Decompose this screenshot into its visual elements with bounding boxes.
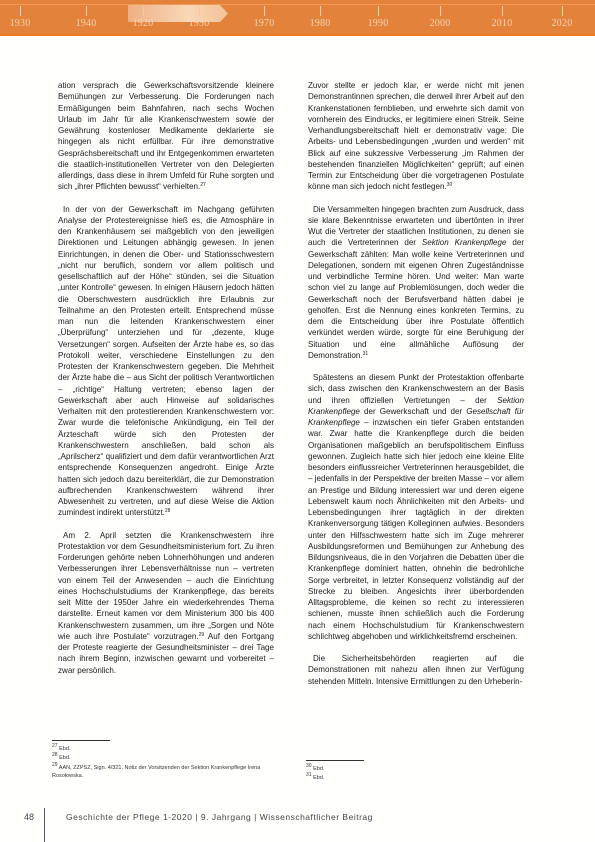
paragraph: Die Sicherheitsbehörden reagierten auf d…: [308, 653, 524, 687]
footer-divider: [44, 808, 45, 842]
timeline-tick: 1940: [66, 6, 106, 30]
footnote-divider: [52, 740, 110, 741]
footnote-ref[interactable]: 31: [363, 351, 369, 357]
journal-title: Geschichte der Pflege 1-2020 | 9. Jahrga…: [66, 812, 373, 822]
page-footer: 48 Geschichte der Pflege 1-2020 | 9. Jah…: [0, 808, 595, 842]
timeline-tick: 2020: [542, 6, 582, 30]
timeline-tick: 1950: [179, 6, 219, 30]
paragraph: ation versprach die Gewerkschaftsvorsitz…: [58, 80, 274, 193]
footnote: 31 Ebd.: [306, 774, 522, 782]
timeline-tick: 1980: [300, 6, 340, 30]
timeline-tick: 2000: [420, 6, 460, 30]
page-number: 48: [24, 812, 34, 822]
timeline-header: 1930 1940 1920 1950 1970 1980 1990 2000 …: [0, 0, 595, 36]
paragraph: Am 2. April setzten die Krankenschwester…: [58, 530, 274, 676]
footnotes-left: 27 Ebd. 28 Ebd. 29 AAN, ZZPSZ, Sign. 4/3…: [52, 740, 268, 782]
footnote-divider: [306, 760, 364, 761]
paragraph: Zuvor stellte er jedoch klar, er werde n…: [308, 80, 524, 193]
timeline-tick: 1970: [244, 6, 284, 30]
right-text-column: Zuvor stellte er jedoch klar, er werde n…: [308, 80, 524, 698]
footnote-ref[interactable]: 27: [200, 182, 206, 188]
footnote: 28 Ebd.: [52, 754, 268, 762]
left-text-column: ation versprach die Gewerkschaftsvorsitz…: [58, 80, 274, 687]
footnote-ref[interactable]: 30: [447, 182, 453, 188]
footnote: 30 Ebd.: [306, 765, 522, 773]
footnotes-right: 30 Ebd. 31 Ebd.: [306, 760, 522, 784]
footnote: 27 Ebd.: [52, 745, 268, 753]
timeline-tick: 1990: [358, 6, 398, 30]
footnote: 29 AAN, ZZPSZ, Sign. 4/321, Notiz der Vo…: [52, 764, 268, 781]
timeline-tick: 1930: [0, 6, 40, 30]
paragraph: Spätestens an diesem Punkt der Protestak…: [308, 372, 524, 642]
timeline-tick: 2010: [482, 6, 522, 30]
footnote-ref[interactable]: 28: [165, 508, 171, 514]
timeline-tick: 1920: [123, 6, 163, 30]
paragraph: Die Versammelten hingegen brachten zum A…: [308, 204, 524, 362]
paragraph: In der von der Gewerkschaft im Nachgang …: [58, 204, 274, 519]
timeline-top-rule: [0, 4, 595, 5]
